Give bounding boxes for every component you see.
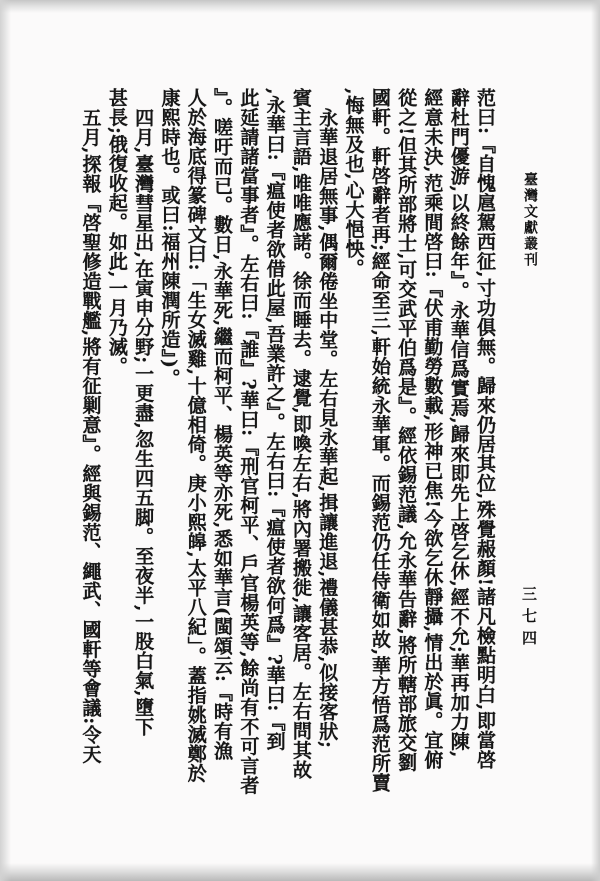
text-column: ,永華曰:『瘟使者欲借此屋,吾業許之』。左右曰:『瘟使者欲何爲』?華曰:『到 [261,88,287,856]
text-column: 國軒。軒啓辭者再;經命至三,軒始統永華軍。而錫范仍任侍衛如故,華方悟爲范所賣 [367,88,393,856]
book-page-scan: 臺灣文獻叢刊 三七四 范曰:『自愧扈駕西征,寸功俱無。歸來仍居其位,殊覺赧顏!諸… [0,0,600,881]
text-column: 人於海底得篆碑文曰:「生女滅雞,十億相倚。庚小熙皞,太平八紀」。蓋指姚滅鄭於 [182,88,208,856]
text-column-paragraph-start: 四月,臺灣彗星出,在寅申分野;一更盡,忽生四五脚。至夜半,一股白氣,墮下 [130,88,156,856]
text-column: 辭杜門優游,以終餘年』。永華信爲實焉,歸來即先上啓乞休,經不允;華再加力陳, [445,88,471,856]
text-column: 從之!但其所部將士,可交武平伯爲是』。經依錫范議,允永華告辭,將所轄部旅交劉 [393,88,419,856]
body-text-block: 范曰:『自愧扈駕西征,寸功俱無。歸來仍居其位,殊覺赧顏!諸凡檢點明白,即當啓 辭… [77,88,498,856]
text-column: 經意未決,范乘間啓曰:『伏甫勤勞數載,形神已焦!今欲乞休靜攝,情出於眞。宜俯 [419,88,445,856]
text-column-paragraph-start: 五月,探報『啓聖修造戰艦,將有征剿意』。經與錫范、繩武、國軒等會議:令天 [77,88,103,856]
text-column: 甚長;俄復收起。如此,一月乃滅。 [104,88,130,856]
text-column: ,悔無及也,心大悒怏。 [340,88,366,856]
scan-edge-top [0,0,600,13]
scan-edge-bottom [0,863,600,881]
text-column: 康熙時也。或曰:福州陳潤所造』)。 [156,88,182,856]
text-column: 賓主言語,唯唯應諾。徐而睡去。逮覺,即喚左右,將內署搬徙,讓客居。左右問其故 [288,88,314,856]
text-column-paragraph-start: 永華退居無事,偶爾倦坐中堂。左右見永華起,揖讓進退,禮儀甚恭,似接客狀; [314,88,340,856]
running-header-series-title: 臺灣文獻叢刊 [520,172,540,268]
scan-edge-right [591,0,600,881]
text-column: 范曰:『自愧扈駕西征,寸功俱無。歸來仍居其位,殊覺赧顏!諸凡檢點明白,即當啓 [472,88,498,856]
text-column: 』。嗟吁而已。數日,永華死,繼而柯平、楊英等亦死,悉如華言(閩頌云:『時有漁 [209,88,235,856]
text-column: 此延請諸當事者』。左右曰:『誰』?華曰:『刑官柯平、戶官楊英等,餘尚有不可言者 [235,88,261,856]
scan-edge-left [0,0,11,881]
page-number: 三七四 [519,586,540,652]
